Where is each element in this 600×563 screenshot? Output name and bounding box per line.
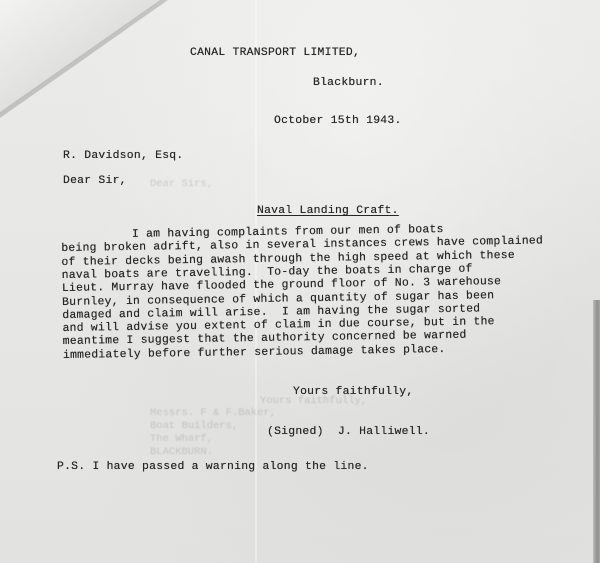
show-through-address-1: Messrs. F & F.Baker, [150, 407, 276, 419]
show-through-salutation: Dear Sirs, [150, 178, 213, 190]
closing: Yours faithfully, [293, 386, 413, 399]
show-through-address-3: The Wharf, [150, 433, 213, 445]
letter-page: Dear Sirs, Yours faithfully, Messrs. F &… [0, 0, 600, 563]
company-name: CANAL TRANSPORT LIMITED, [190, 47, 360, 60]
letter-date: October 15th 1943. [274, 115, 402, 128]
signature: (Signed) J. Halliwell. [267, 426, 430, 439]
salutation: Dear Sir, [63, 175, 127, 188]
show-through-address-4: BLACKBURN. [150, 446, 213, 458]
page-edge-shadow [593, 300, 600, 563]
postscript: P.S. I have passed a warning along the l… [57, 461, 369, 474]
show-through-address-2: Boat Builders, [150, 420, 238, 432]
company-town: Blackburn. [313, 77, 384, 90]
subject-heading: Naval Landing Craft. [257, 205, 399, 218]
recipient: R. Davidson, Esq. [63, 150, 183, 163]
